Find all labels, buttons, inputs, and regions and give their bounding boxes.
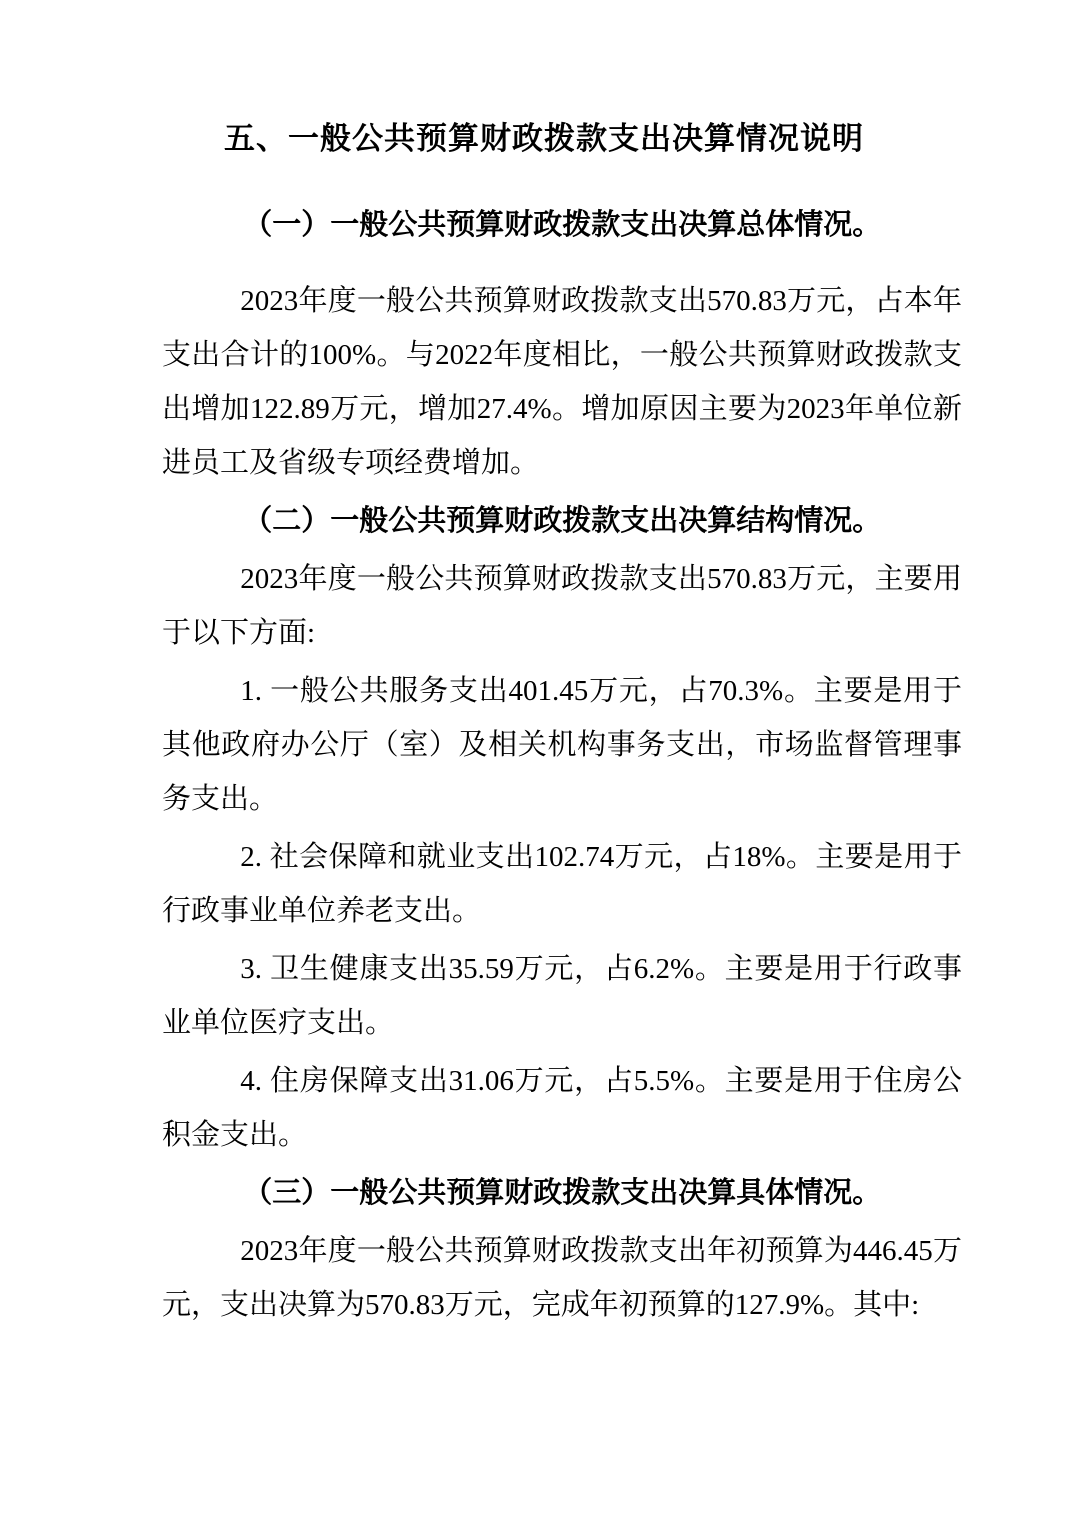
paragraph-item-1-general-public-services: 1. 一般公共服务支出401.45万元，占70.3%。主要是用于其他政府办公厅（… — [162, 664, 962, 826]
section-3-heading: （三）一般公共预算财政拨款支出决算具体情况。 — [162, 1166, 962, 1220]
paragraph-overall-expenditure: 2023年度一般公共预算财政拨款支出570.83万元，占本年支出合计的100%。… — [162, 274, 962, 490]
document-page: 五、一般公共预算财政拨款支出决算情况说明 （一）一般公共预算财政拨款支出决算总体… — [0, 0, 1074, 1520]
paragraph-budget-vs-final: 2023年度一般公共预算财政拨款支出年初预算为446.45万元，支出决算为570… — [162, 1224, 962, 1332]
paragraph-item-2-social-security-employment: 2. 社会保障和就业支出102.74万元，占18%。主要是用于行政事业单位养老支… — [162, 830, 962, 938]
paragraph-item-3-health: 3. 卫生健康支出35.59万元，占6.2%。主要是用于行政事业单位医疗支出。 — [162, 942, 962, 1050]
section-2-heading: （二）一般公共预算财政拨款支出决算结构情况。 — [162, 494, 962, 548]
section-1-heading: （一）一般公共预算财政拨款支出决算总体情况。 — [162, 198, 962, 252]
document-title: 五、一般公共预算财政拨款支出决算情况说明 — [162, 116, 926, 162]
paragraph-structure-intro: 2023年度一般公共预算财政拨款支出570.83万元，主要用于以下方面: — [162, 552, 962, 660]
paragraph-item-4-housing: 4. 住房保障支出31.06万元，占5.5%。主要是用于住房公积金支出。 — [162, 1054, 962, 1162]
